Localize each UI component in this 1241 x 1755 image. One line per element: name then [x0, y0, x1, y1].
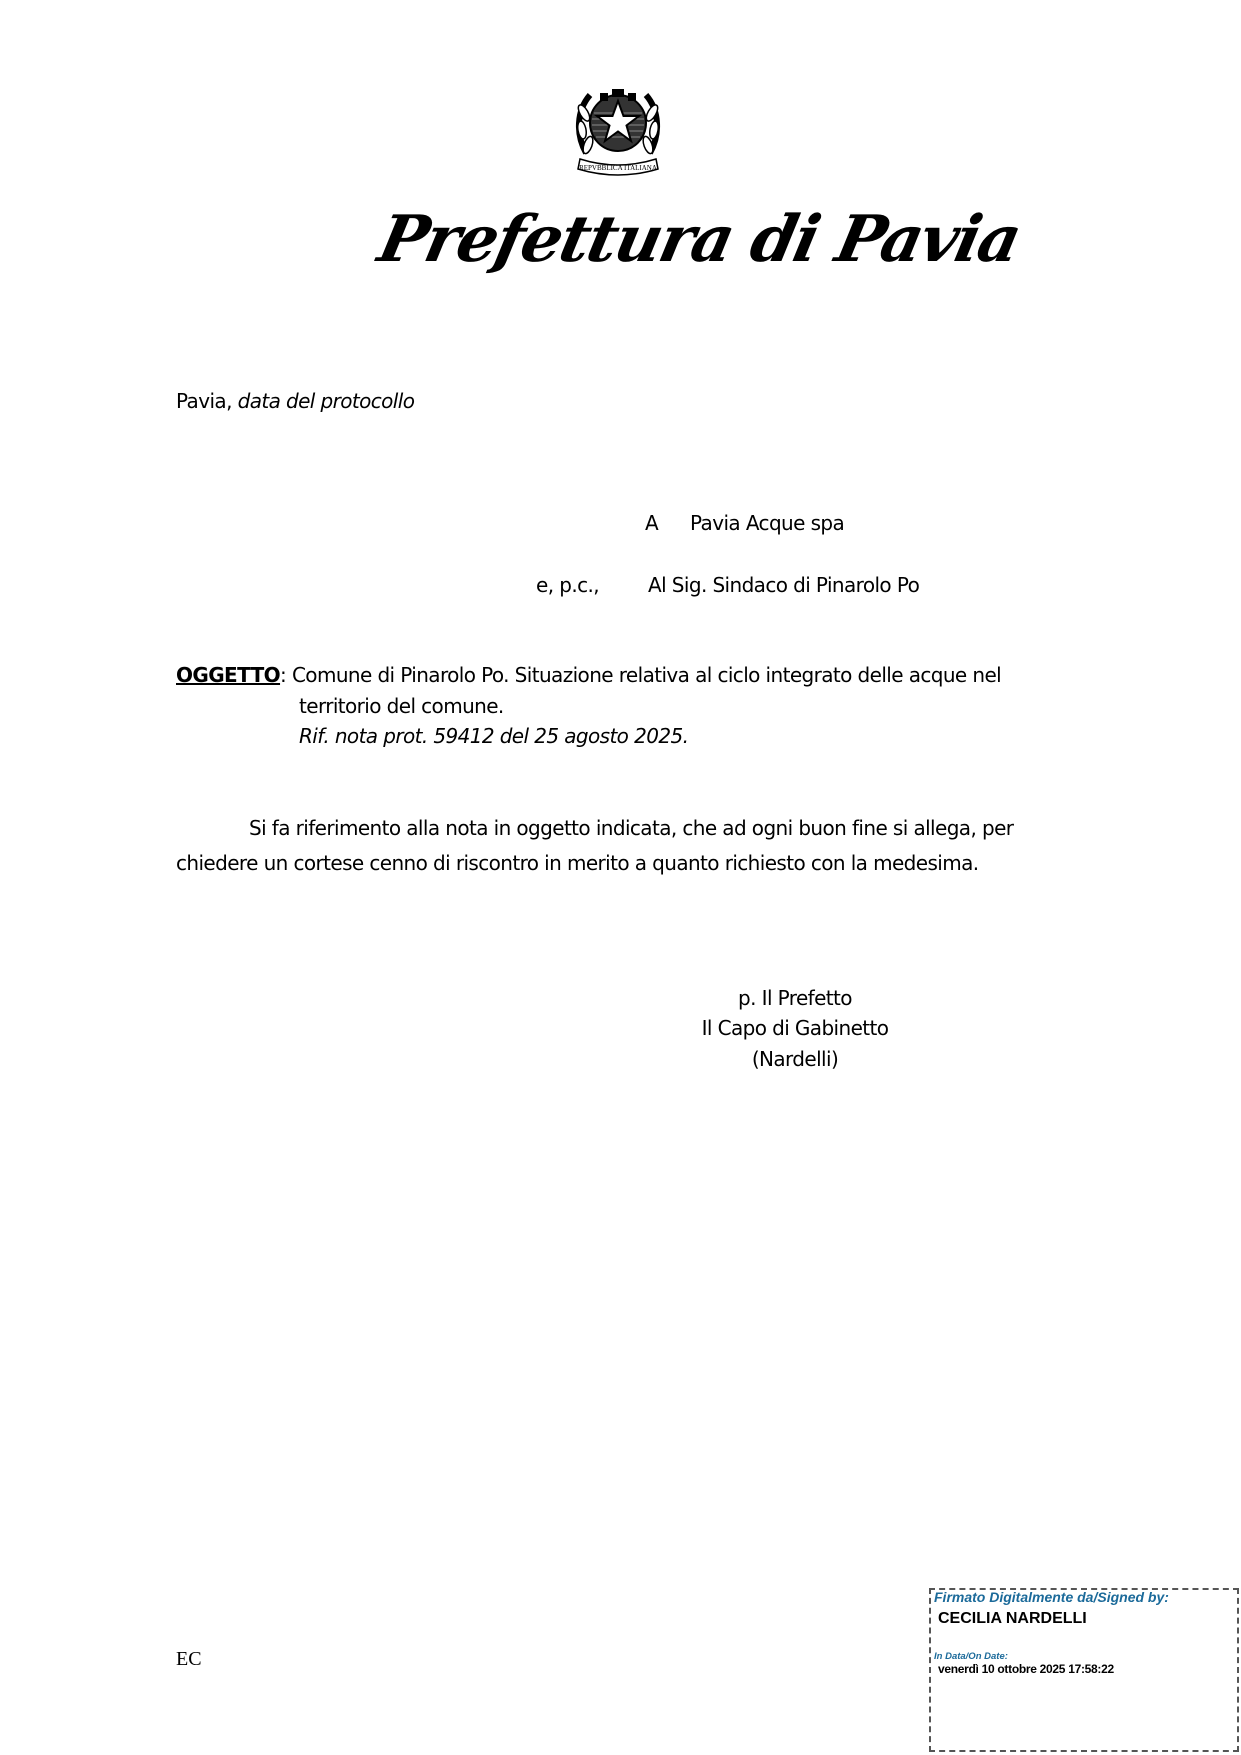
signer-name: CECILIA NARDELLI — [938, 1610, 1087, 1628]
place-date: Pavia, data del protocollo — [176, 389, 414, 413]
signature-date-label: In Data/On Date: — [934, 1651, 1008, 1662]
cc-prefix: e, p.c., — [536, 573, 599, 597]
date: data del protocollo — [238, 389, 415, 413]
place: Pavia, — [176, 389, 232, 413]
digital-signature-title: Firmato Digitalmente da/Signed by: — [934, 1589, 1169, 1605]
subject-line: OGGETTO: Comune di Pinarolo Po. Situazio… — [176, 663, 1001, 687]
signature-line: p. Il Prefetto — [660, 986, 930, 1010]
body-paragraph-line: Si fa riferimento alla nota in oggetto i… — [249, 816, 1013, 840]
body-paragraph-line: chiedere un cortese cenno di riscontro i… — [176, 851, 979, 875]
signature-name: (Nardelli) — [660, 1047, 930, 1071]
signature-line: Il Capo di Gabinetto — [660, 1016, 930, 1040]
repubblica-italiana-emblem-icon: REPVBBLICA ITALIANA — [572, 75, 664, 177]
recipient-prefix: A — [645, 511, 658, 535]
office-title: Prefettura di Pavia — [373, 208, 867, 272]
subject-reference: Rif. nota prot. 59412 del 25 agosto 2025… — [299, 724, 688, 748]
signature-date: venerdì 10 ottobre 2025 17:58:22 — [938, 1662, 1114, 1676]
subject-label: OGGETTO — [176, 663, 280, 687]
recipient-name: Pavia Acque spa — [690, 511, 844, 535]
subject-continuation: territorio del comune. — [299, 694, 504, 718]
svg-text:REPVBBLICA ITALIANA: REPVBBLICA ITALIANA — [579, 164, 657, 172]
cc-name: Al Sig. Sindaco di Pinarolo Po — [648, 573, 919, 597]
author-initials: EC — [176, 1648, 202, 1671]
subject-text: : Comune di Pinarolo Po. Situazione rela… — [280, 663, 1001, 687]
